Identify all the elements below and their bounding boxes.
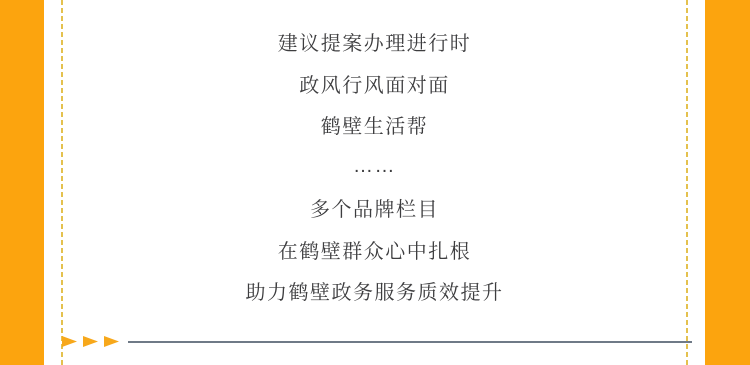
article-line: 多个品牌栏目 [63,187,686,229]
triangle-right-icon [83,336,98,347]
horizontal-divider [128,341,692,343]
article-line: 助力鹤壁政务服务质效提升 [63,270,686,312]
left-orange-band [0,0,44,365]
article-text-block: 建议提案办理进行时 政风行风面对面 鹤壁生活帮 …… 多个品牌栏目 在鹤壁群众心… [63,21,686,312]
right-orange-band [705,0,750,365]
article-line: 政风行风面对面 [63,63,686,105]
footer-decoration [62,335,692,348]
triangle-right-icon [104,336,119,347]
article-page: 建议提案办理进行时 政风行风面对面 鹤壁生活帮 …… 多个品牌栏目 在鹤壁群众心… [0,0,750,365]
ellipsis-line: …… [63,146,686,188]
right-dashed-border [686,0,688,365]
article-line: 鹤壁生活帮 [63,104,686,146]
article-line: 在鹤壁群众心中扎根 [63,229,686,271]
triangle-right-icon [62,336,77,347]
article-line: 建议提案办理进行时 [63,21,686,63]
